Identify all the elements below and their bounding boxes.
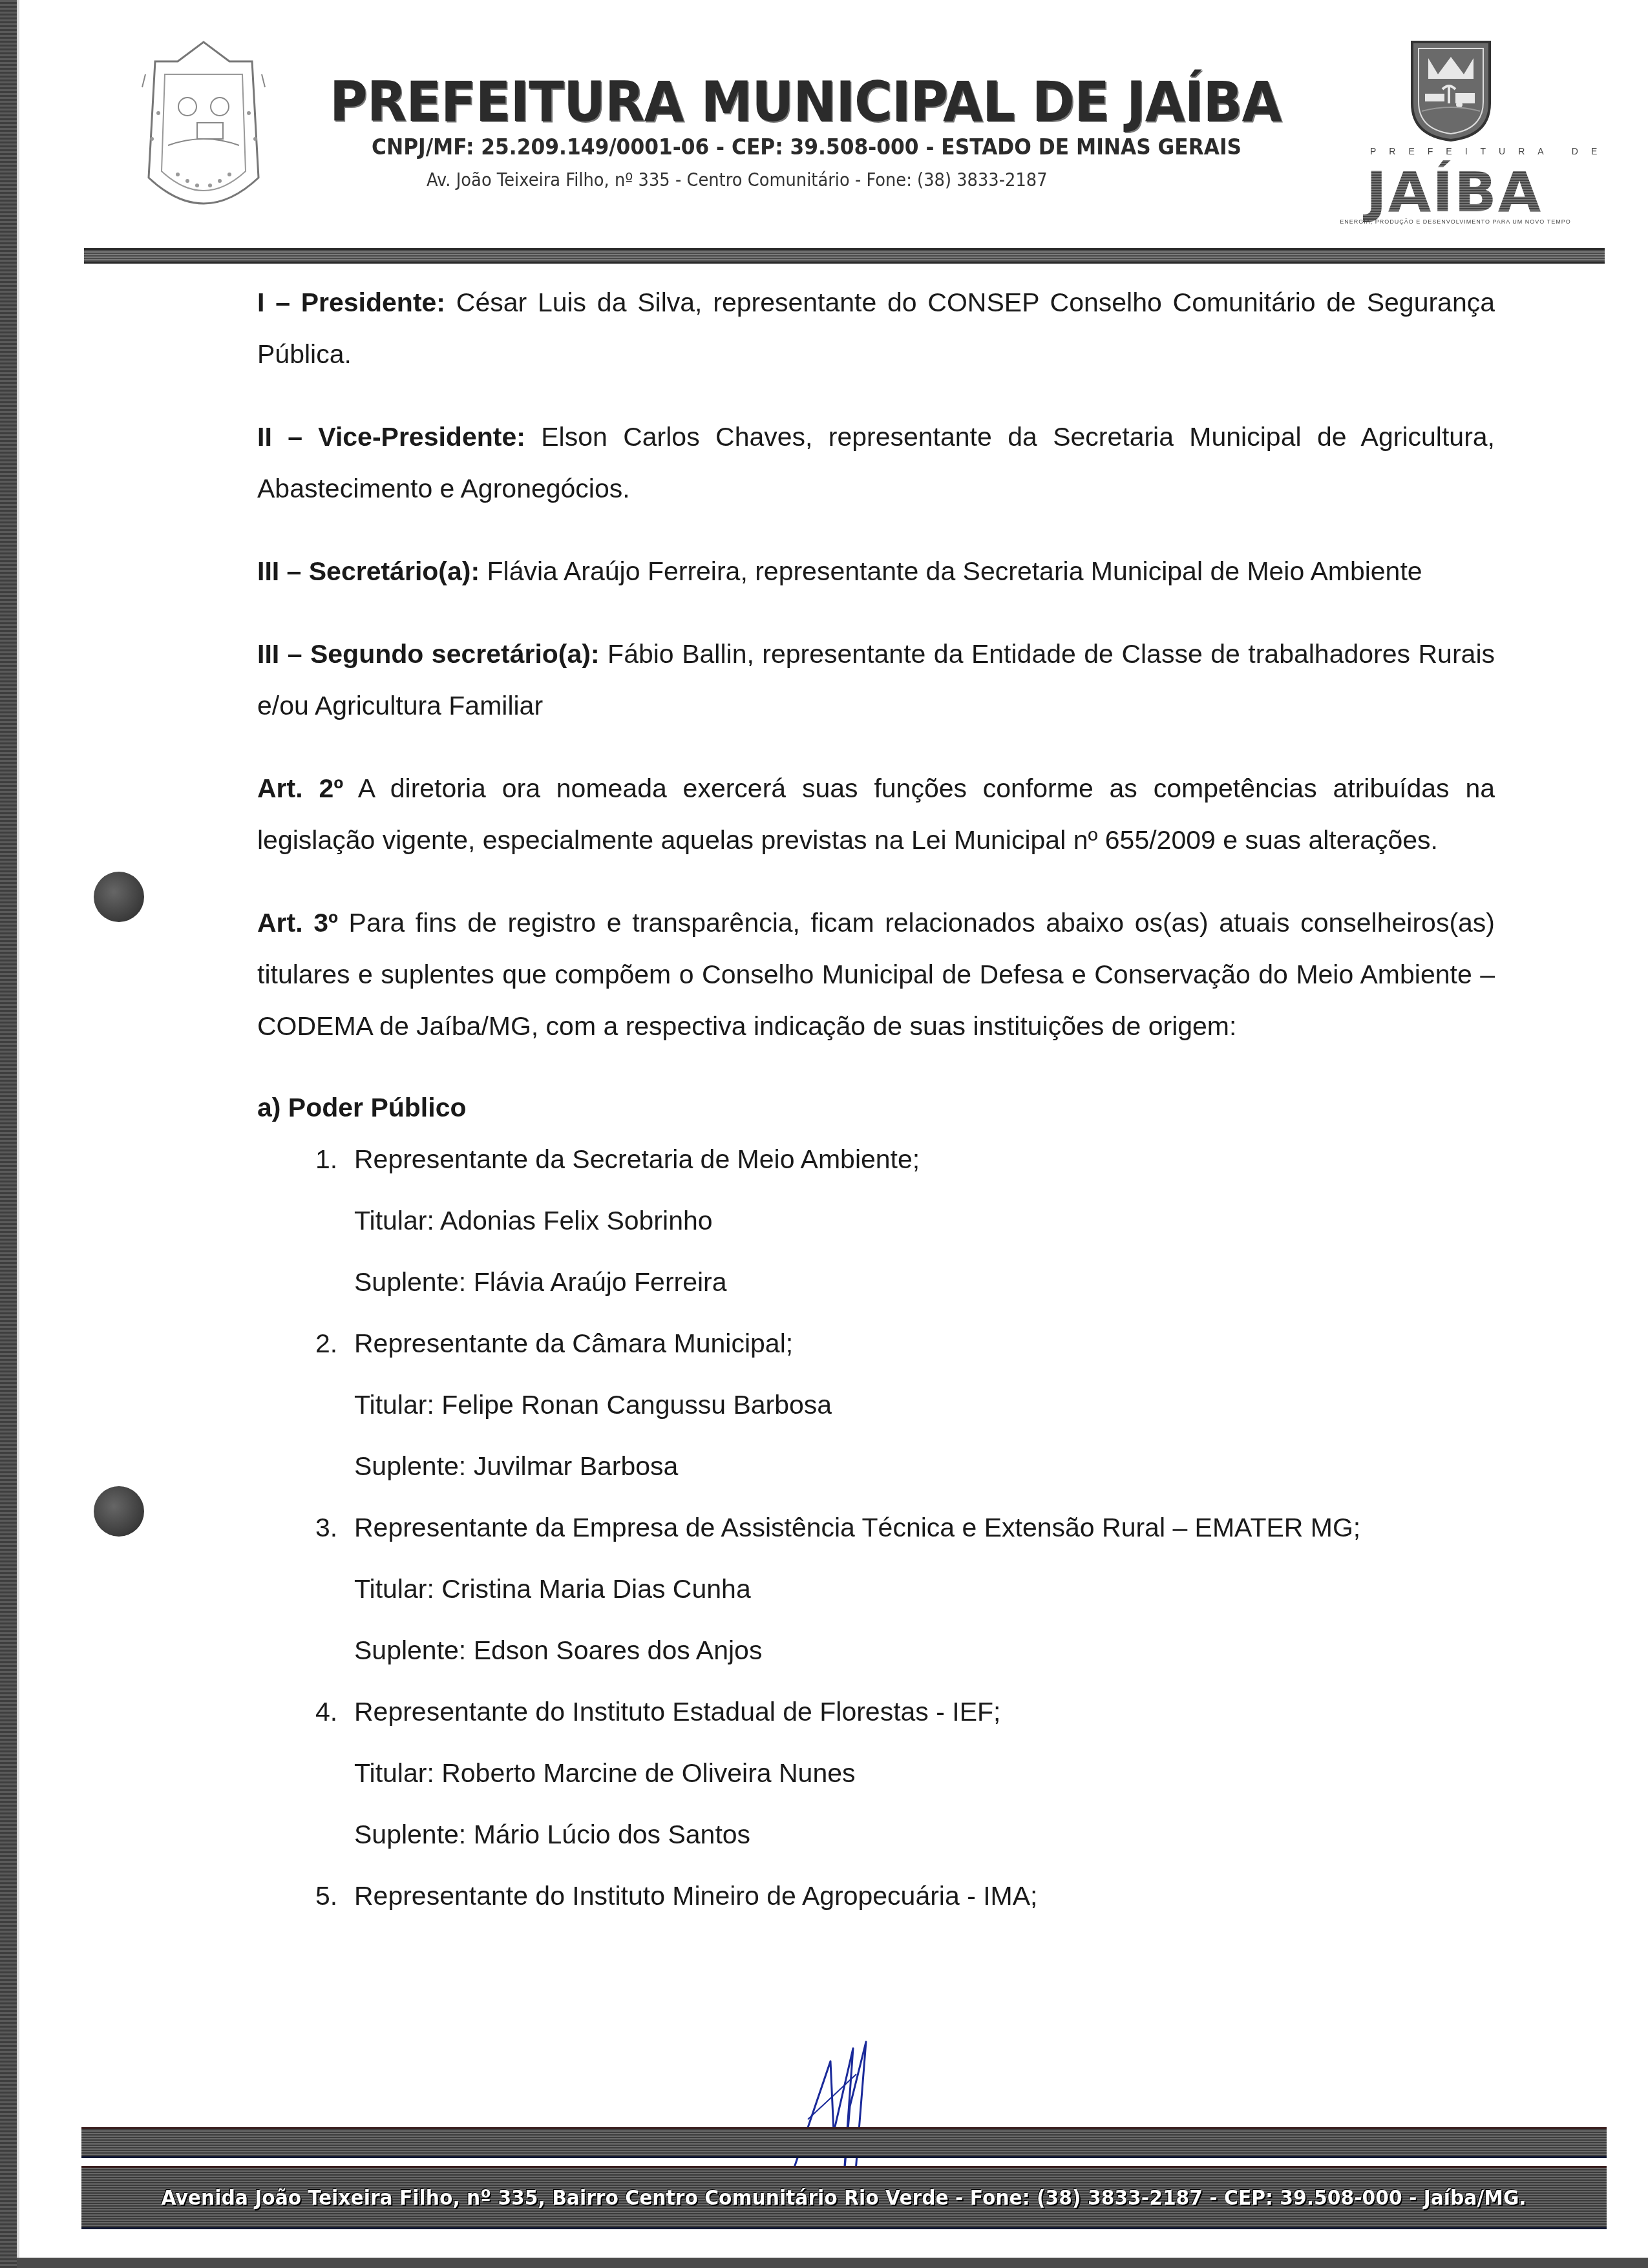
board-member-vice-president: II – Vice-Presidente: Elson Carlos Chave… [257, 411, 1495, 514]
board-label: III – Secretário(a): [257, 556, 480, 586]
footer-address: Avenida João Teixeira Filho, nº 335, Bai… [162, 2185, 1527, 2210]
item-title: Representante do Instituto Estadual de F… [354, 1686, 1000, 1738]
item-title: Representante da Secretaria de Meio Ambi… [354, 1133, 920, 1185]
article-label: Art. 2º [257, 773, 343, 803]
scan-edge-bottom [17, 2258, 1648, 2268]
brand-name: JAÍBA [1338, 160, 1570, 225]
board-member-second-secretary: III – Segundo secretário(a): Fábio Balli… [257, 628, 1495, 731]
brand-prefix: PREFEITURA DE [1370, 146, 1577, 156]
item-number: 1. [315, 1133, 354, 1185]
item-suplente: Suplente: Edson Soares dos Anjos [257, 1624, 1495, 1676]
list-item: 2.Representante da Câmara Municipal; Tit… [257, 1318, 1495, 1492]
jaiba-shield-icon [1409, 39, 1493, 142]
list-item: 1.Representante da Secretaria de Meio Am… [257, 1133, 1495, 1308]
board-member-secretary: III – Secretário(a): Flávia Araújo Ferre… [257, 545, 1495, 597]
header-divider [84, 248, 1605, 264]
item-number: 3. [315, 1502, 354, 1553]
hole-punch [94, 872, 144, 922]
item-suplente: Suplente: Juvilmar Barbosa [257, 1440, 1495, 1492]
list-item: 5.Representante do Instituto Mineiro de … [257, 1870, 1495, 1922]
brand-tagline: ENERGIA, PRODUÇÃO E DESENVOLVIMENTO PARA… [1339, 218, 1572, 225]
header-cnpj-line: CNPJ/MF: 25.209.149/0001-06 - CEP: 39.50… [372, 134, 1241, 160]
article-text: A diretoria ora nomeada exercerá suas fu… [257, 773, 1495, 855]
board-member-president: I – Presidente: César Luis da Silva, rep… [257, 277, 1495, 380]
item-title: Representante da Câmara Municipal; [354, 1318, 793, 1369]
scan-edge-left [0, 0, 17, 2268]
item-suplente: Suplente: Flávia Araújo Ferreira [257, 1256, 1495, 1308]
list-item: 4.Representante do Instituto Estadual de… [257, 1686, 1495, 1860]
board-label: I – Presidente: [257, 288, 445, 317]
item-titular: Titular: Felipe Ronan Cangussu Barbosa [257, 1379, 1495, 1431]
board-label: II – Vice-Presidente: [257, 422, 525, 452]
header-address-line: Av. João Teixeira Filho, nº 335 - Centro… [427, 169, 1048, 191]
coat-of-arms-icon [107, 36, 301, 229]
member-list: 1.Representante da Secretaria de Meio Am… [257, 1133, 1495, 1922]
page-edge [17, 0, 19, 2258]
article-label: Art. 3º [257, 908, 338, 938]
board-label: III – Segundo secretário(a): [257, 639, 600, 669]
article-text: Para fins de registro e transparência, f… [257, 908, 1495, 1041]
footer-bar: Avenida João Teixeira Filho, nº 335, Bai… [81, 2166, 1607, 2229]
document-body: I – Presidente: César Luis da Silva, rep… [257, 277, 1495, 1922]
list-item: 3.Representante da Empresa de Assistênci… [257, 1502, 1495, 1676]
item-number: 4. [315, 1686, 354, 1738]
item-title: Representante da Empresa de Assistência … [354, 1502, 1360, 1553]
item-number: 2. [315, 1318, 354, 1369]
item-titular: Titular: Roberto Marcine de Oliveira Nun… [257, 1747, 1495, 1799]
item-titular: Titular: Cristina Maria Dias Cunha [257, 1563, 1495, 1615]
item-title: Representante do Instituto Mineiro de Ag… [354, 1870, 1037, 1922]
item-suplente: Suplente: Mário Lúcio dos Santos [257, 1809, 1495, 1860]
item-titular: Titular: Adonias Felix Sobrinho [257, 1195, 1495, 1246]
item-number: 5. [315, 1870, 354, 1922]
article-2: Art. 2º A diretoria ora nomeada exercerá… [257, 762, 1495, 866]
board-text: Flávia Araújo Ferreira, representante da… [487, 556, 1422, 586]
header-title: PREFEITURA MUNICIPAL DE JAÍBA [330, 70, 1267, 134]
hole-punch [94, 1486, 144, 1537]
footer-divider [81, 2127, 1607, 2158]
article-3: Art. 3º Para fins de registro e transpar… [257, 897, 1495, 1052]
section-heading: a) Poder Público [257, 1082, 1495, 1133]
